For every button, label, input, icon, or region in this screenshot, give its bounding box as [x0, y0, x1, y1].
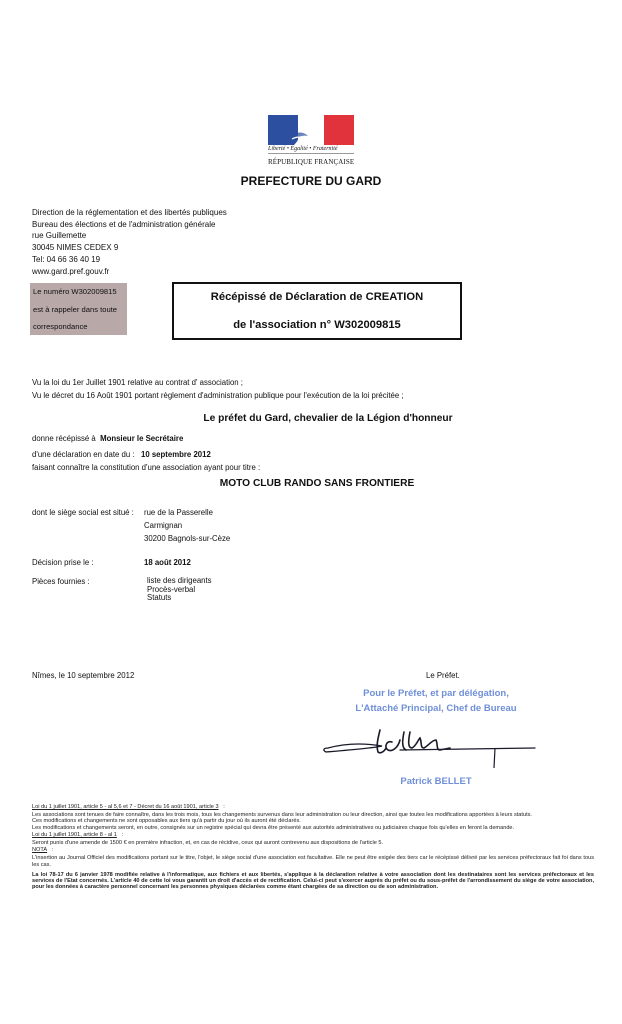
address-line-street: rue Guillemette: [32, 230, 227, 242]
documents-list: liste des dirigeants Procès-verbal Statu…: [147, 577, 212, 603]
legal-ref-suffix: :: [223, 804, 225, 810]
receipt-title-box: Récépissé de Déclaration de CREATION de …: [172, 282, 462, 340]
note-line: est à rappeler dans toute: [33, 301, 127, 319]
declaration-date-line: d'une déclaration en date du : 10 septem…: [32, 450, 211, 459]
address-line-direction: Direction de la réglementation et des li…: [32, 207, 227, 219]
motto: Liberté • Égalité • Fraternité: [268, 146, 354, 154]
seat-city: 30200 Bagnols-sur-Cèze: [144, 534, 230, 543]
preamble-line: Vu la loi du 1er Juillet 1901 relative a…: [32, 376, 404, 389]
note-line: Le numéro W302009815: [33, 283, 127, 301]
declaration-date-label: d'une déclaration en date du :: [32, 450, 135, 459]
legal-ref-suffix: :: [122, 832, 124, 838]
prefecture-title: PREFECTURE DU GARD: [0, 174, 622, 188]
legal-preamble: Vu la loi du 1er Juillet 1901 relative a…: [32, 376, 404, 402]
signer-name: Patrick BELLET: [330, 776, 542, 787]
decision-date: 18 août 2012: [144, 558, 191, 567]
nota-label: NOTA: [32, 847, 47, 853]
nota-heading: NOTA :: [32, 847, 594, 853]
cnil-notice: La loi 78-17 du 6 janvier 1978 modifiée …: [32, 872, 594, 891]
preamble-line: Vu le décret du 16 Août 1901 portant règ…: [32, 389, 404, 402]
purpose-line: faisant connaître la constitution d'une …: [32, 463, 260, 472]
legal-ref-article-8: Loi du 1 juillet 1901, article 8 - al 1 …: [32, 832, 594, 838]
address-line-city: 30045 NIMES CEDEX 9: [32, 242, 227, 254]
seat-label: dont le siège social est situé :: [32, 508, 134, 517]
address-line-website: www.gard.pref.gouv.fr: [32, 266, 227, 278]
recipient-value: Monsieur le Secrétaire: [100, 434, 183, 443]
delegation-line-2: L'Attaché Principal, Chef de Bureau: [330, 703, 542, 714]
legal-penalty-text: Seront punis d'une amende de 1500 € en p…: [32, 840, 594, 846]
document-item: Statuts: [147, 594, 212, 603]
signer-title: Le Préfet.: [426, 671, 460, 680]
seat-locality: Carmignan: [144, 521, 182, 530]
legal-footer: Loi du 1 juillet 1901, article 5 - al 5,…: [32, 804, 594, 890]
handwritten-signature-icon: [320, 726, 545, 771]
note-line: correspondance: [33, 318, 127, 336]
reference-number-note: Le numéro W302009815 est à rappeler dans…: [30, 283, 127, 335]
documents-label: Pièces fournies :: [32, 577, 90, 586]
recipient-line: donne récépissé à Monsieur le Secrétaire: [32, 434, 183, 443]
place-date: Nîmes, le 10 septembre 2012: [32, 671, 134, 680]
receipt-title: Récépissé de Déclaration de CREATION: [174, 291, 460, 303]
nota-suffix: :: [52, 847, 54, 853]
association-name: MOTO CLUB RANDO SANS FRONTIERE: [0, 478, 622, 489]
association-number: de l'association n° W302009815: [174, 319, 460, 331]
address-block: Direction de la réglementation et des li…: [32, 207, 227, 277]
delegation-line-1: Pour le Préfet, et par délégation,: [330, 688, 542, 699]
address-line-phone: Tel: 04 66 36 40 19: [32, 254, 227, 266]
seat-street: rue de la Passerelle: [144, 508, 213, 517]
recipient-label: donne récépissé à: [32, 434, 96, 443]
republique-francaise-logo: Liberté • Égalité • Fraternité RÉPUBLIQU…: [268, 115, 354, 167]
declaration-date-value: 10 septembre 2012: [141, 450, 211, 459]
decision-label: Décision prise le :: [32, 558, 94, 567]
prefet-title: Le préfet du Gard, chevalier de la Légio…: [0, 413, 622, 424]
legal-ref-text: Loi du 1 juillet 1901, article 8 - al 1: [32, 832, 117, 838]
legal-ref-text: Loi du 1 juillet 1901, article 5 - al 5,…: [32, 804, 219, 810]
legal-text-line: Les modifications et changements seront,…: [32, 825, 594, 831]
address-line-bureau: Bureau des élections et de l'administrat…: [32, 219, 227, 231]
legal-ref-article-5: Loi du 1 juillet 1901, article 5 - al 5,…: [32, 804, 594, 810]
nota-text: L'insertion au Journal Officiel des modi…: [32, 855, 594, 867]
marianne-profile-icon: [290, 117, 330, 145]
republique-francaise-label: RÉPUBLIQUE FRANÇAISE: [268, 158, 354, 166]
